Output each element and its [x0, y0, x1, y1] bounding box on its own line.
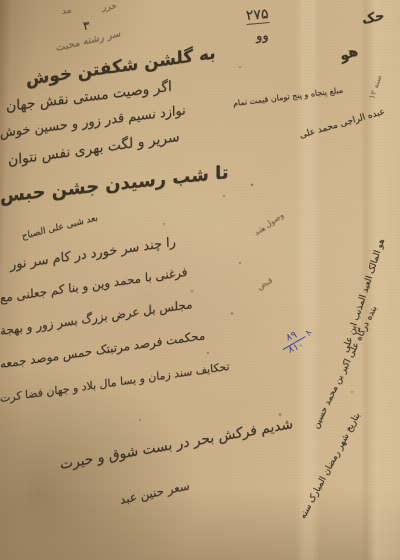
right-price-line: مبلغ پنجاه و پنج تومان قیمت تمام	[233, 87, 344, 108]
handwritten-line: شدیم فرکش بحر در بست شوق و حیرت	[60, 417, 294, 472]
margin-note-middle: بنده درگاه علی اکبر بن محمد حسین	[312, 305, 379, 431]
handwritten-line: مجلس بل عرض بزرگ بسر زور و بهجة	[0, 298, 193, 337]
faint-note-b: قبض	[256, 277, 274, 292]
manuscript-page: مد حرر ۳ ۲۷۵ وو حک هو مبلغ پنجاه و پنج ت…	[0, 0, 400, 560]
numeral-three: ۳	[82, 19, 90, 32]
handwritten-line: بعد شبی علی الصباح	[21, 214, 98, 242]
right-bold-mark: هو	[338, 44, 360, 63]
folio-number: ۲۷۵	[245, 7, 269, 25]
corner-scribble: حک	[361, 9, 386, 26]
signature-line: سعر حنین عبد	[119, 479, 190, 506]
handwritten-line: را چند سر خورد در کام سر نور	[10, 236, 176, 272]
handwritten-line: تحکایف سند زمان و بسا مال بلاد و جهان فض…	[0, 361, 230, 404]
handwritten-line: محکمت فرصد مرتبتک حمس موصد جمعه	[0, 329, 205, 370]
right-note-line: عبده الراجی محمد علی	[299, 108, 386, 141]
right-edge-fragment: سنه ۱۲	[368, 74, 383, 100]
folio-sub-mark: وو	[256, 29, 269, 43]
top-scribble-b: حرر	[102, 2, 118, 13]
handwritten-line: تا شب رسیدن جشن حبس	[0, 164, 229, 206]
handwritten-line: به گلشن شکفتن خوش	[26, 45, 216, 89]
faint-note-a: وصول شد	[253, 211, 285, 237]
top-scribble-a: مد	[61, 6, 72, 17]
handwritten-line: سر رشته محبت	[55, 29, 121, 54]
handwritten-line: فرغنی با محمد وین و بنا کم جعلنی مع	[0, 266, 188, 304]
margin-note-lower: بتاریخ شهر رمضان المبارک سنه	[299, 412, 363, 521]
